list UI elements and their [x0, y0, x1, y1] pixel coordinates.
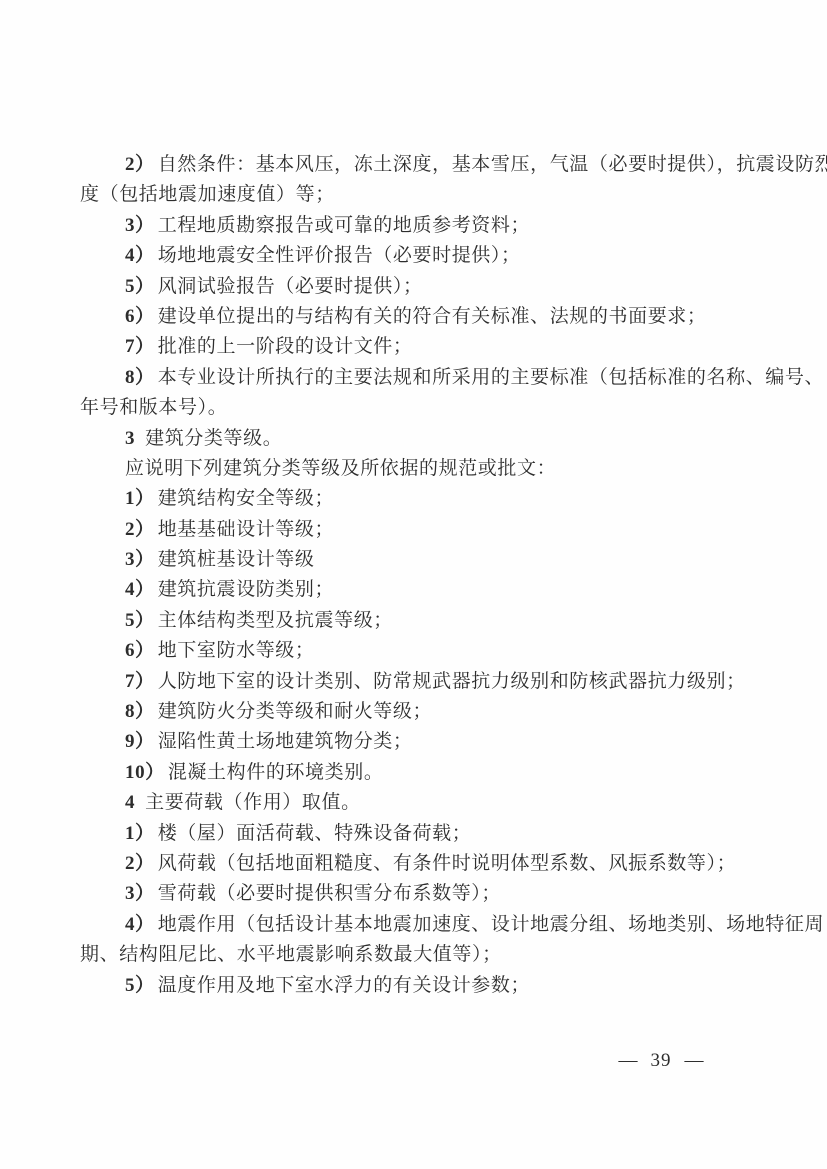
item-number: 2） [125, 519, 155, 540]
document-body: 2）自然条件：基本风压，冻土深度，基本雪压，气温（必要时提供），抗震设防烈度（包… [80, 150, 741, 1001]
line-text: 风荷载（包括地面粗糙度、有条件时说明体型系数、风振系数等）； [158, 853, 737, 874]
item-number: 8） [125, 367, 155, 388]
line-text: 雪荷载（必要时提供积雪分布系数等）； [158, 883, 501, 904]
line-text: 地震作用（包括设计基本地震加速度、设计地震分组、场地类别、场地特征周 [158, 914, 824, 935]
line-text: 主要荷载（作用）取值。 [145, 792, 361, 813]
line-text: 年号和版本号）。 [80, 397, 227, 418]
item-number: 9） [125, 731, 155, 752]
text-line: 2）风荷载（包括地面粗糙度、有条件时说明体型系数、风振系数等）； [80, 849, 741, 879]
item-number: 8） [125, 701, 155, 722]
text-line: 5）温度作用及地下室水浮力的有关设计参数； [80, 971, 741, 1001]
text-line: 8）本专业设计所执行的主要法规和所采用的主要标准（包括标准的名称、编号、 [80, 363, 741, 393]
text-line: 7）人防地下室的设计类别、防常规武器抗力级别和防核武器抗力级别； [80, 667, 741, 697]
item-number: 3） [125, 883, 155, 904]
page-number: 39 [651, 1050, 672, 1071]
line-text: 楼（屋）面活荷载、特殊设备荷载； [158, 823, 472, 844]
text-line: 6）地下室防水等级； [80, 636, 741, 666]
text-line: 9）湿陷性黄土场地建筑物分类； [80, 727, 741, 757]
line-text: 主体结构类型及抗震等级； [158, 610, 393, 631]
text-line: 10）混凝土构件的环境类别。 [80, 758, 741, 788]
text-line: 6）建设单位提出的与结构有关的符合有关标准、法规的书面要求； [80, 302, 741, 332]
item-number: 3 [125, 428, 135, 449]
line-text: 混凝土构件的环境类别。 [168, 762, 384, 783]
text-line: 3）雪荷载（必要时提供积雪分布系数等）； [80, 879, 741, 909]
item-number: 6） [125, 306, 155, 327]
item-number: 5） [125, 276, 155, 297]
line-text: 湿陷性黄土场地建筑物分类； [158, 731, 413, 752]
item-number: 7） [125, 336, 155, 357]
document-page: 2）自然条件：基本风压，冻土深度，基本雪压，气温（必要时提供），抗震设防烈度（包… [0, 0, 827, 1169]
item-number: 4） [125, 914, 155, 935]
line-text: 度（包括地震加速度值）等； [80, 184, 335, 205]
line-text: 温度作用及地下室水浮力的有关设计参数； [158, 975, 530, 996]
text-line: 4）场地地震安全性评价报告（必要时提供）； [80, 241, 741, 271]
line-text: 建筑分类等级。 [145, 428, 282, 449]
item-number: 4） [125, 245, 155, 266]
line-text: 建筑防火分类等级和耐火等级； [158, 701, 432, 722]
text-line: 3）建筑桩基设计等级 [80, 545, 741, 575]
text-line: 4）地震作用（包括设计基本地震加速度、设计地震分组、场地类别、场地特征周 [80, 910, 741, 940]
text-line: 3）工程地质勘察报告或可靠的地质参考资料； [80, 211, 741, 241]
line-text: 场地地震安全性评价报告（必要时提供）； [158, 245, 521, 266]
item-number: 1） [125, 823, 155, 844]
item-number: 2） [125, 853, 155, 874]
text-line: 8）建筑防火分类等级和耐火等级； [80, 697, 741, 727]
line-text: 批准的上一阶段的设计文件； [158, 336, 413, 357]
line-text: 本专业设计所执行的主要法规和所采用的主要标准（包括标准的名称、编号、 [158, 367, 824, 388]
line-text: 工程地质勘察报告或可靠的地质参考资料； [158, 215, 530, 236]
line-text: 风洞试验报告（必要时提供）； [158, 276, 423, 297]
text-line: 1）建筑结构安全等级； [80, 484, 741, 514]
page-footer: —39— [590, 1047, 732, 1075]
section-heading: 4主要荷载（作用）取值。 [80, 788, 741, 818]
line-text: 地基基础设计等级； [158, 519, 334, 540]
text-line: 2）地基基础设计等级； [80, 515, 741, 545]
line-text: 地下室防水等级； [158, 640, 315, 661]
line-text: 建筑抗震设防类别； [158, 579, 334, 600]
text-line: 5）风洞试验报告（必要时提供）； [80, 272, 741, 302]
item-number: 6） [125, 640, 155, 661]
line-text: 期、结构阻尼比、水平地震影响系数最大值等）； [80, 944, 502, 965]
item-number: 4） [125, 579, 155, 600]
text-line: 年号和版本号）。 [80, 393, 741, 423]
item-number: 4 [125, 792, 135, 813]
footer-dash-right: — [685, 1050, 704, 1071]
item-number: 3） [125, 215, 155, 236]
item-number: 2） [125, 154, 155, 175]
item-number: 1） [125, 488, 155, 509]
text-line: 4）建筑抗震设防类别； [80, 575, 741, 605]
line-text: 人防地下室的设计类别、防常规武器抗力级别和防核武器抗力级别； [158, 671, 746, 692]
line-text: 应说明下列建筑分类等级及所依据的规范或批文： [125, 458, 556, 479]
text-line: 1）楼（屋）面活荷载、特殊设备荷载； [80, 819, 741, 849]
text-line: 5）主体结构类型及抗震等级； [80, 606, 741, 636]
section-heading: 3建筑分类等级。 [80, 424, 741, 454]
footer-dash-left: — [619, 1050, 638, 1071]
text-line: 7）批准的上一阶段的设计文件； [80, 332, 741, 362]
line-text: 建设单位提出的与结构有关的符合有关标准、法规的书面要求； [158, 306, 707, 327]
line-text: 自然条件：基本风压，冻土深度，基本雪压，气温（必要时提供），抗震设防烈 [158, 154, 827, 175]
text-line: 2）自然条件：基本风压，冻土深度，基本雪压，气温（必要时提供），抗震设防烈 [80, 150, 741, 180]
text-line: 应说明下列建筑分类等级及所依据的规范或批文： [80, 454, 741, 484]
item-number: 3） [125, 549, 155, 570]
item-number: 5） [125, 610, 155, 631]
text-line: 度（包括地震加速度值）等； [80, 180, 741, 210]
line-text: 建筑结构安全等级； [158, 488, 334, 509]
line-text: 建筑桩基设计等级 [158, 549, 315, 570]
item-number: 10） [125, 762, 165, 783]
item-number: 5） [125, 975, 155, 996]
text-line: 期、结构阻尼比、水平地震影响系数最大值等）； [80, 940, 741, 970]
item-number: 7） [125, 671, 155, 692]
